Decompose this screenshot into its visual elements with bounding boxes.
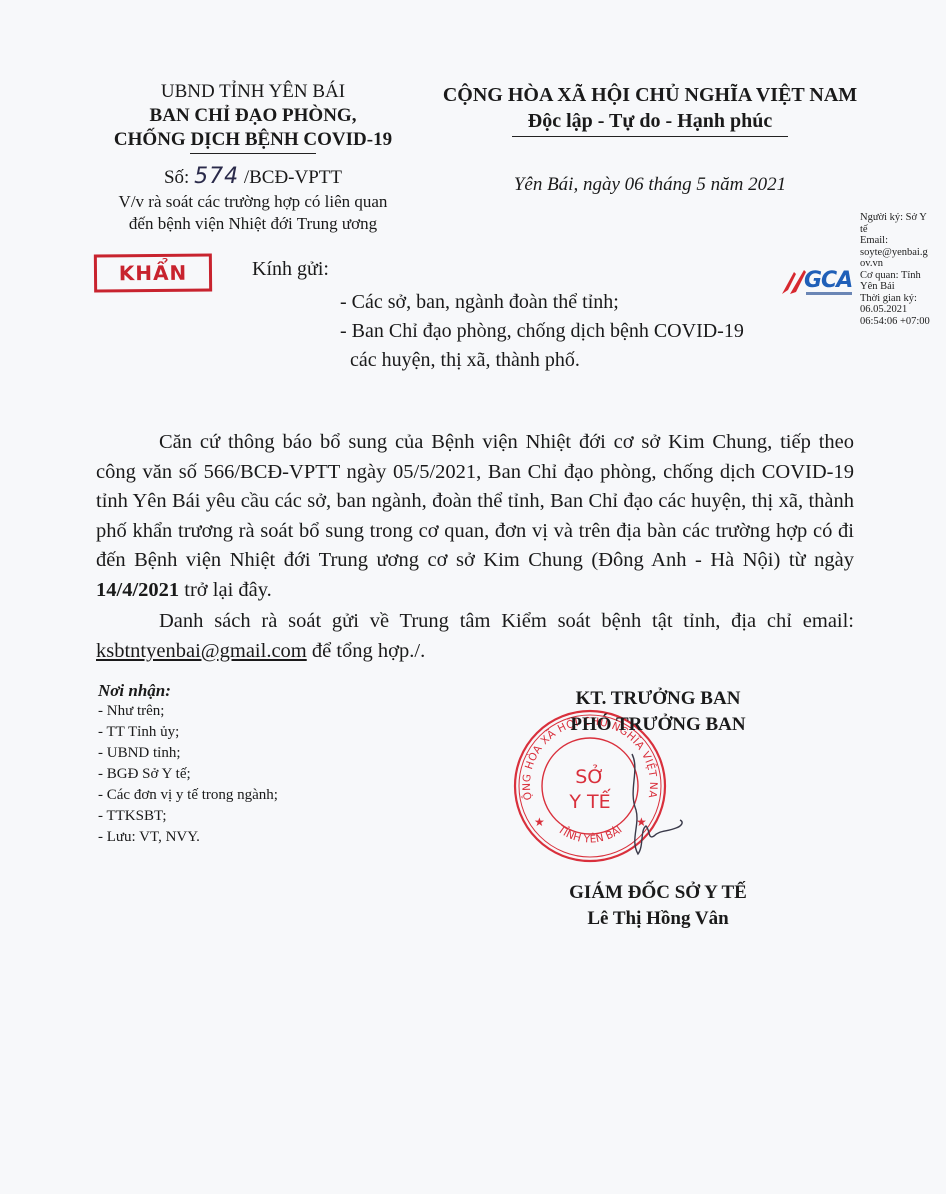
sig-line: Email: [860,235,946,247]
signer-title: PHÓ TRƯỞNG BAN [500,712,816,738]
sig-line: 06:54:06 +07:00 [860,316,946,328]
body-paragraph-2: Danh sách rà soát gửi về Trung tâm Kiểm … [96,607,854,666]
number-prefix: Số: [164,167,189,188]
distribution-title: Nơi nhận: [98,680,278,701]
subject-line1: V/v rà soát các trường hợp có liên quan [78,191,428,213]
sig-line: Người ký: Sở Y [860,212,946,224]
distribution-item: - Như trên; [98,701,278,722]
sig-line: 06.05.2021 [860,304,946,316]
signature-info: Người ký: Sở Y tế Email: soyte@yenbai.g … [860,212,946,327]
sig-line: Cơ quan: Tỉnh [860,270,946,282]
agency-name-line2: CHỐNG DỊCH BỆNH COVID-19 [78,128,428,152]
sig-line: Thời gian ký: [860,293,946,305]
number-suffix: /BCĐ-VPTT [244,167,342,188]
gca-logo-icon: GCA [780,268,860,302]
distribution-item: - BGĐ Sở Y tế; [98,764,278,785]
distribution-item: - Các đơn vị y tế trong ngành; [98,785,278,806]
sig-line: Yên Bái [860,281,946,293]
subject-line2: đến bệnh viện Nhiệt đới Trung ương [78,213,428,235]
issuing-agency-header: UBND TỈNH YÊN BÁI BAN CHỈ ĐẠO PHÒNG, CHỐ… [78,80,428,235]
handwritten-number: 574 [194,164,239,189]
p2-text: Danh sách rà soát gửi về Trung tâm Kiểm … [159,610,854,632]
signer-authority: KT. TRƯỞNG BAN [500,686,816,712]
sig-line: ov.vn [860,258,946,270]
contact-email-link[interactable]: ksbtntyenbai@gmail.com [96,640,307,662]
agency-underline [190,153,316,154]
document-body: Căn cứ thông báo bổ sung của Bệnh viện N… [96,428,854,666]
national-motto: Độc lập - Tự do - Hạnh phúc [420,108,880,134]
p1-text: Căn cứ thông báo bổ sung của Bệnh viện N… [96,431,854,571]
signer-name: Lê Thị Hồng Vân [500,906,816,932]
motto-underline [512,136,788,137]
body-paragraph-1: Căn cứ thông báo bổ sung của Bệnh viện N… [96,428,854,605]
recipient-item: - Ban Chỉ đạo phòng, chống dịch bệnh COV… [340,317,744,346]
sig-line: soyte@yenbai.g [860,247,946,259]
distribution-list: Nơi nhận: - Như trên; - TT Tỉnh ủy; - UB… [98,680,278,848]
document-date: Yên Bái, ngày 06 tháng 5 năm 2021 [420,174,880,196]
recipient-item: các huyện, thị xã, thành phố. [340,346,744,375]
p1-end: trở lại đây. [179,579,272,601]
sig-line: tế [860,224,946,236]
start-date: 14/4/2021 [96,579,179,601]
recipients-heading: Kính gửi: [252,258,329,281]
recipients-list: - Các sở, ban, ngành đoàn thể tỉnh; - Ba… [340,288,744,375]
distribution-item: - TT Tỉnh ủy; [98,722,278,743]
document-number: Số: 574 /BCĐ-VPTT [78,164,428,191]
p2-end: để tổng hợp./. [307,640,425,662]
national-header: CỘNG HÒA XÃ HỘI CHỦ NGHĨA VIỆT NAM Độc l… [420,82,880,137]
distribution-item: - Lưu: VT, NVY. [98,827,278,848]
signer-block: KT. TRƯỞNG BAN PHÓ TRƯỞNG BAN GIÁM ĐỐC S… [500,686,816,932]
national-title: CỘNG HÒA XÃ HỘI CHỦ NGHĨA VIỆT NAM [420,82,880,108]
document-subject: V/v rà soát các trường hợp có liên quan … [78,191,428,235]
urgent-stamp-label: KHẨN [119,261,188,286]
gca-logo-text: GCA [804,268,852,293]
digital-signature-block: GCA Người ký: Sở Y tế Email: soyte@yenba… [772,210,946,350]
agency-name-line1: BAN CHỈ ĐẠO PHÒNG, [78,104,428,128]
recipient-item: - Các sở, ban, ngành đoàn thể tỉnh; [340,288,744,317]
signer-position: GIÁM ĐỐC SỞ Y TẾ [500,880,816,906]
distribution-item: - TTKSBT; [98,806,278,827]
agency-parent: UBND TỈNH YÊN BÁI [78,80,428,104]
urgent-stamp: KHẨN [94,253,212,292]
distribution-item: - UBND tỉnh; [98,743,278,764]
